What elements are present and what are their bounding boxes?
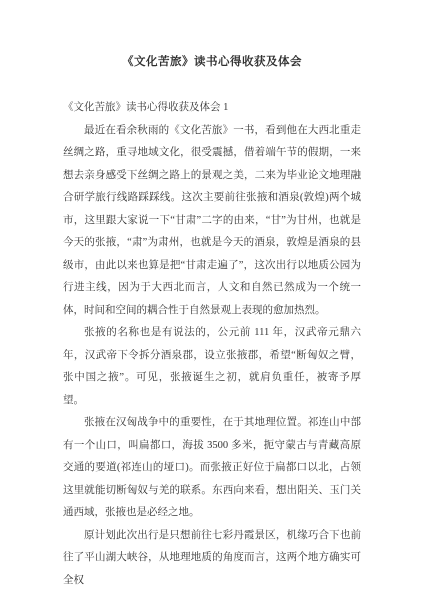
- document-body: 《文化苦旅》读书心得收获及体会 1 最近在看余秋雨的《文化苦旅》一书，看到他在大…: [63, 97, 361, 592]
- paragraph: 最近在看余秋雨的《文化苦旅》一书，看到他在大西北重走丝绸之路，重寻地域文化，很受…: [63, 120, 361, 323]
- section-heading: 《文化苦旅》读书心得收获及体会 1: [63, 97, 361, 120]
- paragraph: 张掖的名称也是有说法的，公元前 111 年，汉武帝元鼎六年，汉武帝下令拆分酒泉郡…: [63, 322, 361, 412]
- document-title: 《文化苦旅》读书心得收获及体会: [63, 51, 361, 74]
- paragraph: 原计划此次出行是只想前往七彩丹霞景区，机缘巧合下也前往了平山湖大峡谷，从地理地质…: [63, 525, 361, 593]
- document-page: 《文化苦旅》读书心得收获及体会 《文化苦旅》读书心得收获及体会 1 最近在看余秋…: [0, 0, 424, 600]
- paragraph: 张掖在汉匈战争中的重要性，在于其地理位置。祁连山中部有一个山口，叫扁都口，海拔 …: [63, 412, 361, 525]
